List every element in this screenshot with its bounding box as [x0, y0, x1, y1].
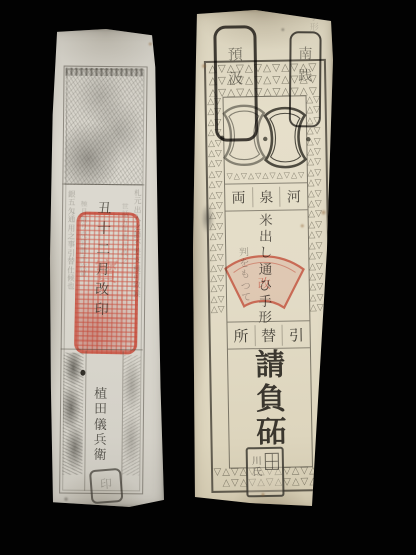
province-char: 河: [279, 186, 307, 206]
foxing-stain: [201, 63, 207, 69]
bottom-stamp-outline: 印: [89, 468, 124, 504]
province-char: 両: [225, 187, 252, 207]
hansatsu-note-right: △▽△▽△▽△▽△▽△▽△▽△▽△▽△▽△▽△▽△▽△▽△▽△▽△▽△▽ ▽△▽…: [192, 10, 333, 510]
foxing-stain: [280, 28, 285, 32]
province-char: 泉: [252, 187, 280, 207]
main-value-column: 請負砳: [252, 349, 290, 450]
foxing-stain: [63, 497, 69, 502]
bottom-seal-text: 川氏: [251, 456, 263, 479]
exchange-char: 引: [282, 324, 310, 345]
foxing-stain: [260, 492, 265, 497]
margin-scribble: 手形: [308, 13, 320, 33]
grid-seal-icon: [265, 453, 279, 470]
photo-background: 銀五匁通用之事引替仕候也 極月限り売買勝手次第 札元出入之節不差支様可致候 世話…: [0, 0, 416, 555]
exchange-char: 所: [227, 325, 254, 346]
handwritten-ink-column: 丑十二月改印: [93, 199, 113, 321]
woodblock-pictorial-panel: [64, 68, 143, 186]
pattern-ornament-strip: [122, 355, 140, 475]
foxing-stain: [320, 209, 326, 216]
fan-seal-glyph: 改: [258, 277, 271, 292]
bottom-seal-box: 川氏: [246, 447, 285, 498]
bottom-stamp-glyph: 印: [99, 478, 114, 492]
province-band: 両 泉 河: [225, 182, 307, 211]
triangle-pattern-divider: ▽△▽△▽△▽△▽△▽△▽△▽△▽△▽△▽△▽△: [225, 168, 307, 183]
black-hand-stamp-right: 南践: [289, 31, 322, 127]
ink-smudge: [199, 201, 216, 245]
exchange-char: 替: [254, 324, 282, 345]
black-hand-stamp-left: 預汲: [213, 25, 258, 142]
stamp-right-text: 南践: [296, 43, 314, 88]
exchange-office-band: 所 替 引: [227, 320, 309, 349]
left-note-print-layer: 銀五匁通用之事引替仕候也 極月限り売買勝手次第 札元出入之節不差支様可致候 世話…: [43, 28, 164, 507]
right-note-print-layer: △▽△▽△▽△▽△▽△▽△▽△▽△▽△▽△▽△▽△▽△▽△▽△▽△▽△▽ ▽△▽…: [192, 9, 342, 511]
ink-dot: [80, 370, 85, 376]
foxing-stain: [148, 41, 153, 46]
foxing-stain: [300, 223, 305, 228]
red-fan-seal: 改: [217, 249, 310, 315]
hansatsu-note-left: 銀五匁通用之事引替仕候也 極月限り売買勝手次第 札元出入之節不差支様可致候 世話…: [48, 29, 164, 507]
stamp-left-text: 預汲: [226, 42, 245, 90]
issuer-name-column: 植田儀兵衛: [91, 387, 109, 464]
